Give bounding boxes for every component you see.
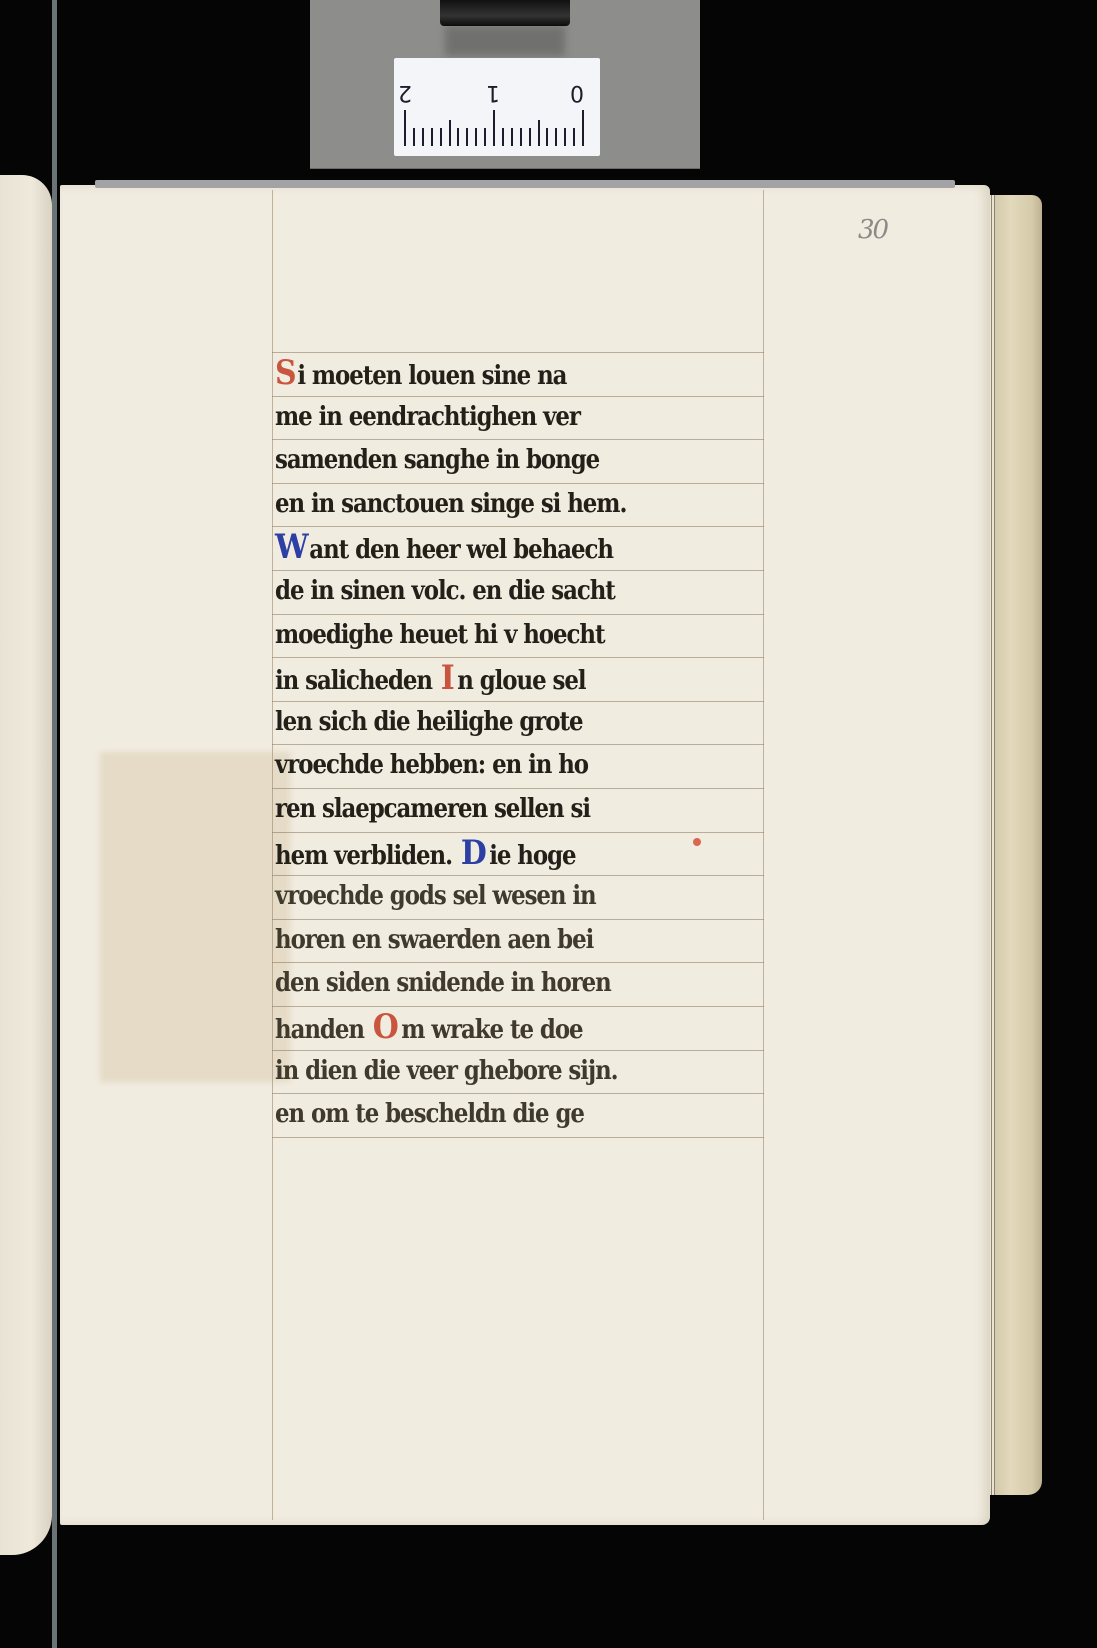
ruler-label-0: 0 [570, 80, 584, 105]
manuscript-line: vroechde gods sel wesen in [275, 873, 715, 917]
manuscript-line: Want den heer wel behaech [275, 524, 715, 568]
ruler-tick [457, 128, 459, 146]
ruler-tick [475, 128, 477, 146]
ruler-tick [502, 128, 504, 146]
line-text: in dien die veer ghebore sijn. [275, 1056, 618, 1086]
line-text: vroechde hebben: en in ho [275, 750, 588, 780]
line-text: moedighe heuet hi v hoecht [275, 620, 604, 650]
decorated-initial: W [275, 524, 308, 570]
ruler-tick [520, 128, 522, 146]
ruler-tick [422, 128, 424, 146]
manuscript-line: de in sinen volc. en die sacht [275, 568, 715, 612]
decorated-initial: O [373, 1004, 398, 1050]
ruler-tick [413, 128, 415, 146]
manuscript-line: Si moeten louen sine na [275, 350, 715, 394]
line-text: en in sanctouen singe si hem. [275, 489, 626, 519]
manuscript-line: en om te bescheldn die ge [275, 1091, 715, 1135]
clip-shadow [445, 26, 565, 56]
line-text: de in sinen volc. en die sacht [275, 576, 615, 606]
previous-leaf [0, 175, 52, 1555]
manuscript-line: in salichedenIn gloue sel [275, 655, 715, 699]
book-fore-edge [990, 195, 1042, 1495]
glass-plate-edge [52, 0, 57, 1648]
manuscript-line: hem verbliden.Die hoge [275, 830, 715, 874]
line-text: den siden snidende in horen [275, 968, 611, 998]
manuscript-line: moedighe heuet hi v hoecht [275, 612, 715, 656]
folio-number: 30 [858, 215, 887, 245]
ruler-tick [582, 110, 584, 146]
ruler-label-2: 2 [398, 80, 412, 105]
line-text: i moeten louen sine na [297, 361, 566, 391]
page-top-strip [95, 180, 955, 188]
manuscript-line: horen en swaerden aen bei [275, 917, 715, 961]
ruler-tick [449, 120, 451, 146]
binder-clip [440, 0, 570, 26]
manuscript-line: vroechde hebben: en in ho [275, 742, 715, 786]
ruler-tick [466, 128, 468, 146]
line-text: n gloue sel [457, 666, 585, 696]
ruler-tick [529, 128, 531, 146]
manuscript-line: en in sanctouen singe si hem. [275, 481, 715, 525]
line-text: ie hoge [489, 841, 575, 871]
line-text: in salicheden [275, 666, 432, 696]
manuscript-line: ren slaepcameren sellen si [275, 786, 715, 830]
line-text: len sich die heilighe grote [275, 707, 583, 737]
ruler-tick [404, 110, 406, 146]
manuscript-line: me in eendrachtighen ver [275, 394, 715, 438]
line-text: en om te bescheldn die ge [275, 1099, 584, 1129]
line-text: me in eendrachtighen ver [275, 402, 580, 432]
manuscript-line: in dien die veer ghebore sijn. [275, 1048, 715, 1092]
line-text: hem verbliden. [275, 841, 452, 871]
ruler-tick [440, 128, 442, 146]
ruling-left [272, 190, 273, 1520]
red-ink-dot [693, 838, 701, 846]
ruler-label-1: 1 [486, 80, 500, 105]
manuscript-line: samenden sanghe in bonge [275, 437, 715, 481]
text-block: Si moeten louen sine name in eendrachtig… [275, 350, 775, 1135]
ruler-tick [484, 128, 486, 146]
ruler-tick [564, 128, 566, 146]
decorated-initial: I [441, 655, 454, 701]
line-text: vroechde gods sel wesen in [275, 881, 596, 911]
line-text: ren slaepcameren sellen si [275, 794, 590, 824]
ruler-tick [511, 128, 513, 146]
scale-ruler: 0 1 2 [394, 58, 600, 156]
line-text: ant den heer wel behaech [309, 535, 613, 565]
ruler-tick [573, 128, 575, 146]
ruler-tick [493, 110, 495, 146]
water-stain [100, 752, 290, 1082]
manuscript-line: den siden snidende in horen [275, 960, 715, 1004]
ruler-tick [538, 120, 540, 146]
decorated-initial: D [461, 830, 486, 876]
manuscript-line: len sich die heilighe grote [275, 699, 715, 743]
line-text: samenden sanghe in bonge [275, 445, 599, 475]
line-text: m wrake te doe [401, 1015, 582, 1045]
ruler-tick [555, 128, 557, 146]
ruler-tick [431, 128, 433, 146]
ruler-tick [546, 128, 548, 146]
line-text: handen [275, 1015, 364, 1045]
ruling-line [272, 1137, 764, 1138]
line-text: horen en swaerden aen bei [275, 925, 593, 955]
manuscript-line: handenOm wrake te doe [275, 1004, 715, 1048]
decorated-initial: S [275, 350, 296, 396]
